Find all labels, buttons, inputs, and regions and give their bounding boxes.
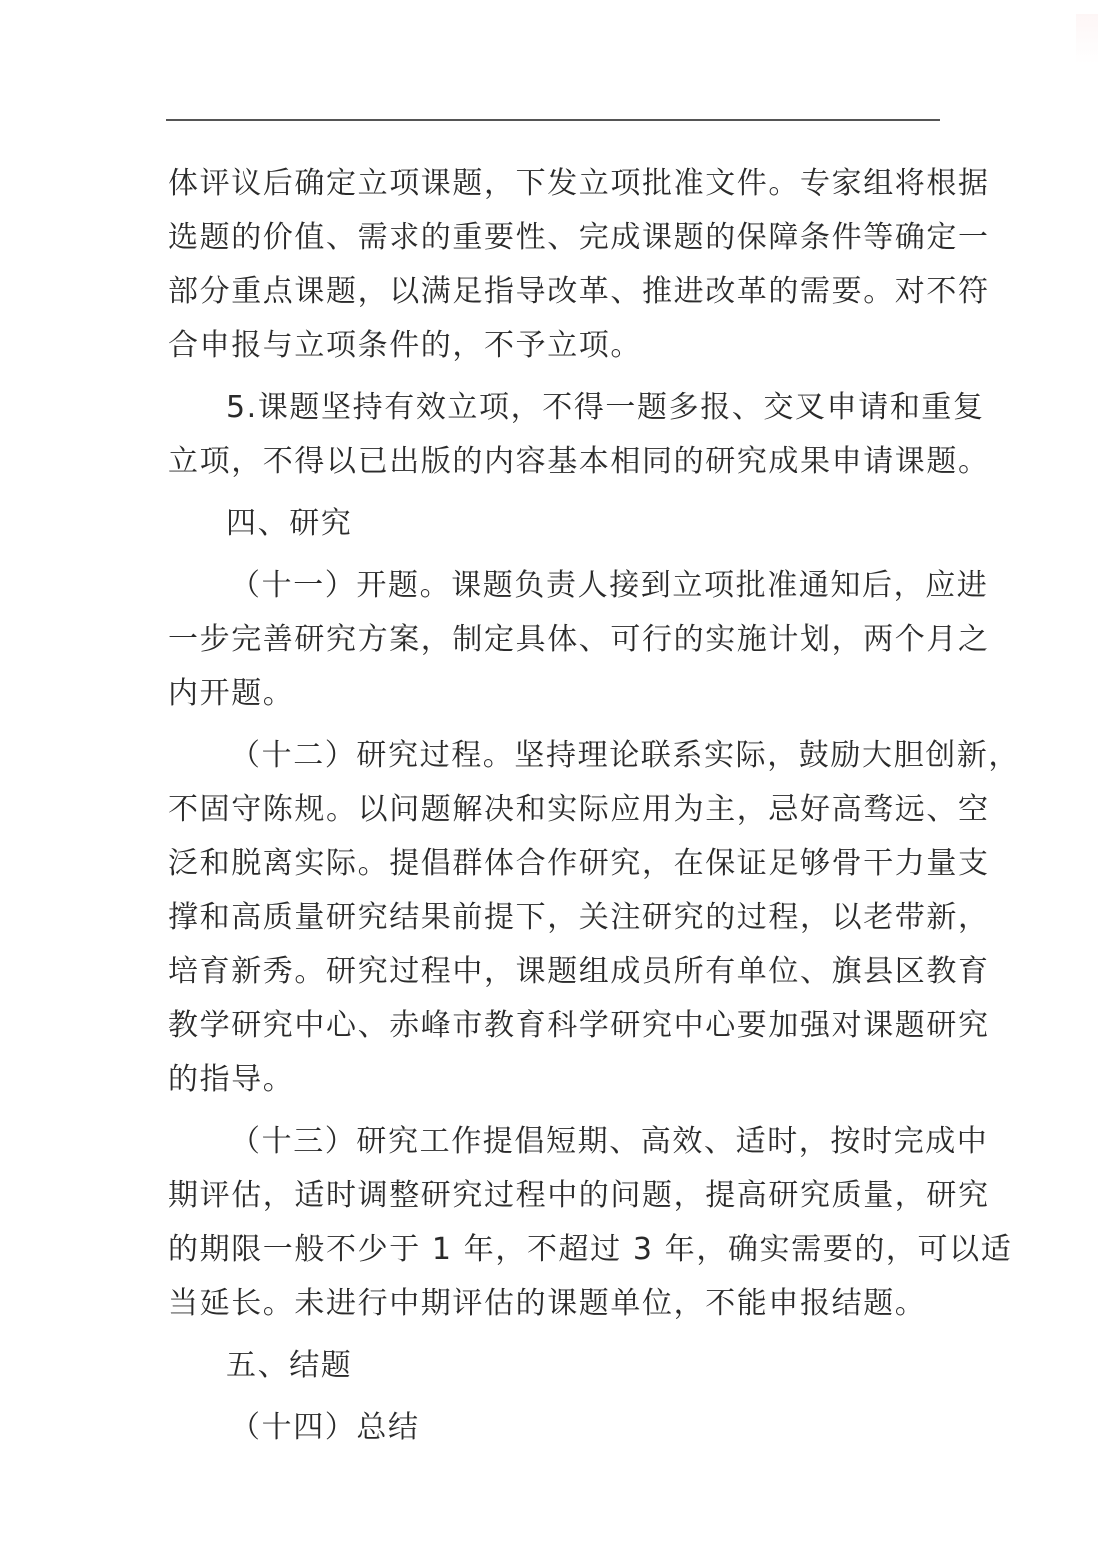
- section-heading-research: 四、研究: [168, 497, 938, 551]
- document-page: 体评议后确定立项课题，下发立项批准文件。专家组将根据 选题的价值、需求的重要性、…: [0, 0, 1102, 1559]
- text-line: （十四）总结: [168, 1401, 938, 1455]
- paragraph-clause-11: （十一）开题。课题负责人接到立项批准通知后，应进 一步完善研究方案，制定具体、可…: [168, 559, 938, 721]
- text-line: 的期限一般不少于 1 年，不超过 3 年，确实需要的，可以适: [168, 1223, 938, 1277]
- scan-artifact: [1076, 14, 1098, 64]
- paragraph-item-5: 5.课题坚持有效立项，不得一题多报、交叉申请和重复 立项，不得以已出版的内容基本…: [168, 381, 938, 489]
- text-line: 期评估，适时调整研究过程中的问题，提高研究质量，研究: [168, 1169, 938, 1223]
- text-line: 泛和脱离实际。提倡群体合作研究，在保证足够骨干力量支: [168, 837, 938, 891]
- text-line: 撑和高质量研究结果前提下，关注研究的过程，以老带新，: [168, 891, 938, 945]
- text-line: 教学研究中心、赤峰市教育科学研究中心要加强对课题研究: [168, 999, 938, 1053]
- text-line: 部分重点课题，以满足指导改革、推进改革的需要。对不符: [168, 265, 938, 319]
- header-rule: [166, 119, 940, 121]
- section-heading: 五、结题: [168, 1339, 938, 1393]
- text-line: 5.课题坚持有效立项，不得一题多报、交叉申请和重复: [168, 381, 938, 435]
- text-line: 选题的价值、需求的重要性、完成课题的保障条件等确定一: [168, 211, 938, 265]
- text-line: 培育新秀。研究过程中，课题组成员所有单位、旗县区教育: [168, 945, 938, 999]
- text-line: 不固守陈规。以问题解决和实际应用为主，忌好高骛远、空: [168, 783, 938, 837]
- text-line: 内开题。: [168, 667, 938, 721]
- paragraph-clause-14: （十四）总结: [168, 1401, 938, 1455]
- text-line: 一步完善研究方案，制定具体、可行的实施计划，两个月之: [168, 613, 938, 667]
- text-line: 立项，不得以已出版的内容基本相同的研究成果申请课题。: [168, 435, 938, 489]
- document-body: 体评议后确定立项课题，下发立项批准文件。专家组将根据 选题的价值、需求的重要性、…: [168, 157, 938, 1455]
- section-heading-conclusion: 五、结题: [168, 1339, 938, 1393]
- paragraph-clause-12: （十二）研究过程。坚持理论联系实际，鼓励大胆创新， 不固守陈规。以问题解决和实际…: [168, 729, 938, 1107]
- text-line: （十一）开题。课题负责人接到立项批准通知后，应进: [168, 559, 938, 613]
- text-line: 合申报与立项条件的，不予立项。: [168, 319, 938, 373]
- paragraph-approval-continuation: 体评议后确定立项课题，下发立项批准文件。专家组将根据 选题的价值、需求的重要性、…: [168, 157, 938, 373]
- paragraph-clause-13: （十三）研究工作提倡短期、高效、适时，按时完成中 期评估，适时调整研究过程中的问…: [168, 1115, 938, 1331]
- section-heading: 四、研究: [168, 497, 938, 551]
- text-line: 的指导。: [168, 1053, 938, 1107]
- text-line: 当延长。未进行中期评估的课题单位，不能申报结题。: [168, 1277, 938, 1331]
- text-line: （十二）研究过程。坚持理论联系实际，鼓励大胆创新，: [168, 729, 938, 783]
- text-line: （十三）研究工作提倡短期、高效、适时，按时完成中: [168, 1115, 938, 1169]
- text-line: 体评议后确定立项课题，下发立项批准文件。专家组将根据: [168, 157, 938, 211]
